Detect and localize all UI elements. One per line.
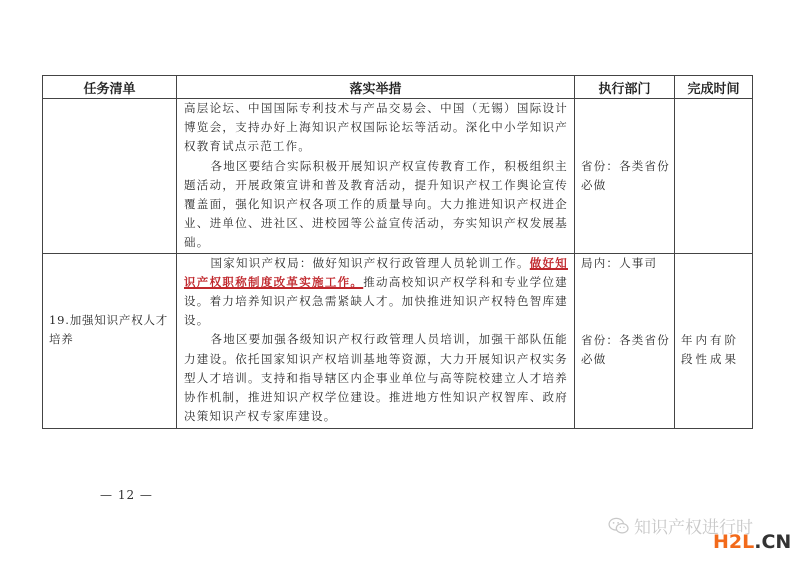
table-row: 高层论坛、中国国际专利技术与产品交易会、中国（无锡）国际设计博览会，支持办好上海… xyxy=(43,99,753,254)
header-department: 执行部门 xyxy=(575,76,675,99)
logo-part1: H2L xyxy=(713,531,754,553)
measures-cell: 高层论坛、中国国际专利技术与产品交易会、中国（无锡）国际设计博览会，支持办好上海… xyxy=(177,99,575,254)
site-logo: H2L.CN xyxy=(713,531,791,553)
header-measures: 落实举措 xyxy=(177,76,575,99)
header-completion-time: 完成时间 xyxy=(675,76,753,99)
department-text: 省份：各类省份必做 xyxy=(575,331,674,369)
header-task-list: 任务清单 xyxy=(43,76,177,99)
measure-paragraph: 各地区要结合实际积极开展知识产权宣传教育工作，积极组织主题活动，开展政策宣讲和普… xyxy=(184,157,568,253)
measure-text: 国家知识产权局：做好知识产权行政管理人员轮训工作。 xyxy=(210,256,529,270)
department-text xyxy=(575,99,674,157)
measures-cell: 国家知识产权局：做好知识产权行政管理人员轮训工作。做好知识产权职称制度改革实施工… xyxy=(177,253,575,428)
task-cell: 19.加强知识产权人才培养 xyxy=(43,253,177,428)
table-row: 19.加强知识产权人才培养 国家知识产权局：做好知识产权行政管理人员轮训工作。做… xyxy=(43,253,753,428)
task-cell xyxy=(43,99,177,254)
task-table: 任务清单 落实举措 执行部门 完成时间 高层论坛、中国国际专利技术与产品交易会、… xyxy=(42,75,753,429)
measure-paragraph: 国家知识产权局：做好知识产权行政管理人员轮训工作。做好知识产权职称制度改革实施工… xyxy=(184,254,568,331)
table-header-row: 任务清单 落实举措 执行部门 完成时间 xyxy=(43,76,753,99)
measure-paragraph: 高层论坛、中国国际专利技术与产品交易会、中国（无锡）国际设计博览会，支持办好上海… xyxy=(184,99,568,157)
time-cell: 年内有阶段性成果 xyxy=(675,253,753,428)
time-text: 年内有阶段性成果 xyxy=(675,331,752,369)
time-cell xyxy=(675,99,753,254)
wechat-icon xyxy=(608,517,630,535)
department-cell: 省份：各类省份必做 xyxy=(575,99,675,254)
measure-paragraph: 各地区要加强各级知识产权行政管理人员培训，加强干部队伍能力建设。依托国家知识产权… xyxy=(184,330,568,426)
task-label: 19.加强知识产权人才培养 xyxy=(43,311,176,349)
page-number: — 12 — xyxy=(100,488,153,502)
department-text: 省份：各类省份必做 xyxy=(575,157,674,195)
department-text: 局内：人事司 xyxy=(575,254,674,331)
department-cell: 局内：人事司 省份：各类省份必做 xyxy=(575,253,675,428)
logo-part2: .CN xyxy=(754,531,791,553)
